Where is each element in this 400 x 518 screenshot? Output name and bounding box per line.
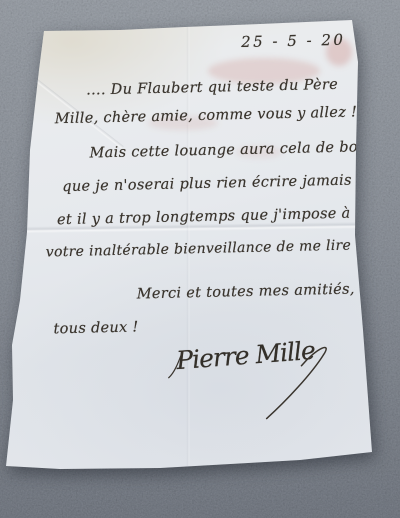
handwritten-line: .... Du Flaubert qui teste du Père [86,77,338,99]
handwritten-line: que je n'oserai plus rien écrire jamais … [62,172,362,195]
signature: Pierre Mille [175,336,315,375]
handwritten-line: votre inaltérable bienveillance de me li… [46,237,361,260]
handwritten-line: et il y a trop longtemps que j'impose à [57,206,351,229]
handwritten-line: tous deux ! [53,319,138,337]
letter-date: 25 - 5 - 20 [241,31,346,51]
handwritten-line: Mille, chère amie, comme vous y allez ! [55,104,358,127]
letter-paper: 25 - 5 - 20 .... Du Flaubert qui teste d… [0,0,400,518]
paper-shadow: 25 - 5 - 20 .... Du Flaubert qui teste d… [0,0,400,518]
handwritten-line: Mais cette louange aura cela de bon [89,139,367,161]
handwritten-line: Merci et toutes mes amitiés, de [137,281,379,302]
photograph-of-letter: 25 - 5 - 20 .... Du Flaubert qui teste d… [0,0,400,518]
handwritten-text: 25 - 5 - 20 .... Du Flaubert qui teste d… [0,0,400,518]
